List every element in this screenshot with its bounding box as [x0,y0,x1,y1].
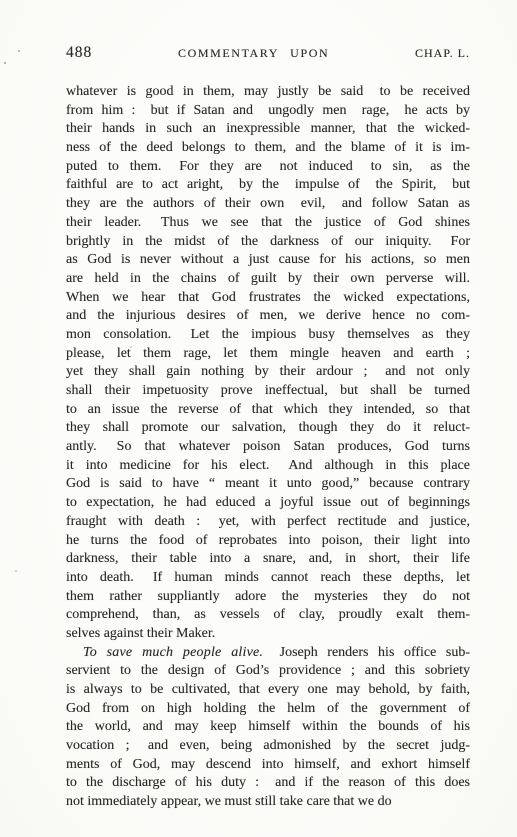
scan-speck [4,62,6,64]
italic-lead: To save much people alive. [83,645,263,660]
text-line: to the discharge of his duty : and if th… [66,774,470,793]
text-line: the world, and may keep himself within t… [66,718,470,737]
text-line: vocation ; and even, being admonished by… [66,737,470,756]
text-line: antly. So that whatever poison Satan pro… [66,438,470,457]
text-line: darkness, their table into a snare, and,… [66,550,470,569]
text-line: ness of the deed belongs to them, and th… [66,139,470,158]
paragraph: To save much people alive. Joseph render… [66,644,470,812]
text-line: into death. If human minds cannot reach … [66,569,470,588]
text-line: When we hear that God frustrates the wic… [66,289,470,308]
scan-speck [18,50,20,52]
scan-speck [15,570,17,572]
text-line: their leader. Thus we see that the justi… [66,214,470,233]
text-line: is always to be cultivated, that every o… [66,681,470,700]
running-head: 488 COMMENTARY UPON CHAP. L. [0,44,517,62]
running-title: COMMENTARY UPON [92,46,415,61]
text-line: selves against their Maker. [66,625,470,644]
text-line: to an issue the reverse of that which th… [66,401,470,420]
text-line: they are the authors of their own evil, … [66,195,470,214]
text-line: puted to them. For they are not induced … [66,158,470,177]
text-line: comprehend, than, as vessels of clay, pr… [66,606,470,625]
text-line: servient to the design of God’s providen… [66,662,470,681]
text-line: please, let them rage, let them mingle h… [66,345,470,364]
text-line: from him : but if Satan and ungodly men … [66,102,470,121]
book-page: 488 COMMENTARY UPON CHAP. L. whatever is… [0,0,517,837]
text-line: faithful are to act aright, by the impul… [66,176,470,195]
page-body: whatever is good in them, may justly be … [66,83,470,812]
chapter-label: CHAP. L. [415,46,470,61]
page-number: 488 [66,44,92,62]
text-line: brightly in the midst of the darkness of… [66,233,470,252]
text-line: God from on high holding the helm of the… [66,700,470,719]
text-line: ments of God, may descend into himself, … [66,756,470,775]
text-line: they shall promote our salvation, though… [66,419,470,438]
text-line: fraught with death : yet, with perfect r… [66,513,470,532]
text-line: God is said to have “ meant it unto good… [66,475,470,494]
text-line: he turns the food of reprobates into poi… [66,532,470,551]
text-line: not immediately appear, we must still ta… [66,793,470,812]
text-line: to expectation, he had educed a joyful i… [66,494,470,513]
text-line: as God is never without a just cause for… [66,251,470,270]
scan-speck [130,346,132,348]
paragraph: whatever is good in them, may justly be … [66,83,470,644]
text-line: are held in the chains of guilt by their… [66,270,470,289]
text-line: and the injurious desires of men, we der… [66,307,470,326]
text-line: yet they shall gain nothing by their ard… [66,363,470,382]
text-line: shall their impetuosity prove ineffectua… [66,382,470,401]
text-line: them rather suppliantly adore the myster… [66,588,470,607]
text-line: it into medicine for his elect. And alth… [66,457,470,476]
text-line: To save much people alive. Joseph render… [66,644,470,663]
text-line: their hands in such an inexpressible man… [66,120,470,139]
text-line: whatever is good in them, may justly be … [66,83,470,102]
text-line: mon consolation. Let the impious busy th… [66,326,470,345]
